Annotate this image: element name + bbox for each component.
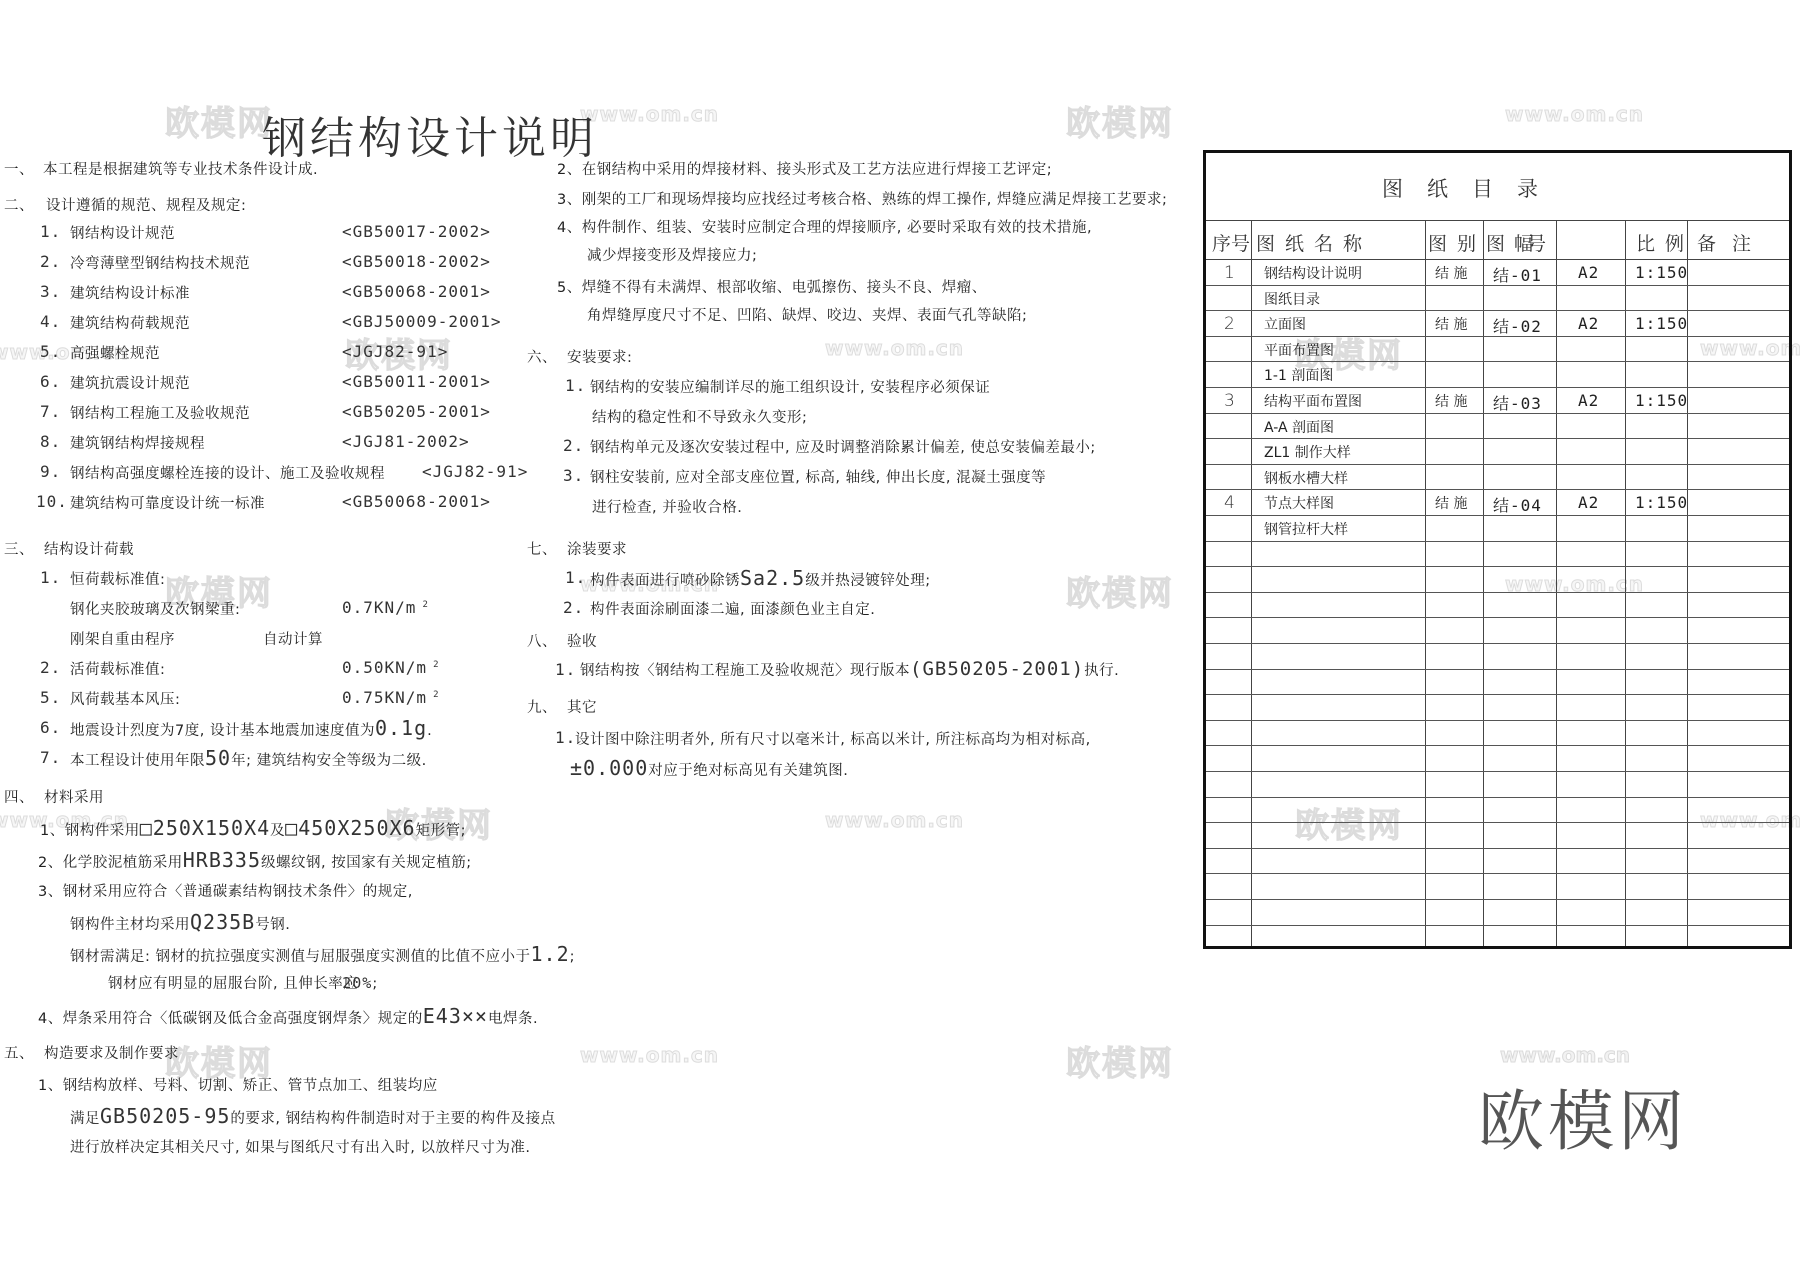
item-number: 2.	[563, 436, 584, 455]
load-value: 0.7KN/m2	[342, 598, 429, 617]
watermark-url: www.om.cn	[580, 102, 719, 126]
table-row	[1206, 874, 1789, 900]
row-number: 1	[1224, 263, 1235, 283]
row-number: 2	[1224, 314, 1235, 334]
section-heading: 其它	[567, 696, 597, 717]
drawing-type: 结 施	[1435, 263, 1467, 283]
item-text: 设计图中除注明者外, 所有尺寸以毫米计, 标高以米计, 所注标高均为相对标高,	[575, 728, 1091, 749]
item-text: 进行放样决定其相关尺寸, 如果与图纸尺寸有出入时, 以放样尺寸为准.	[70, 1136, 531, 1157]
table-row: 钢板水槽大样	[1206, 465, 1789, 491]
item-text: 减少焊接变形及焊接应力;	[587, 244, 757, 265]
section-heading: 涂装要求	[567, 538, 627, 559]
drawing-name: 平面布置图	[1264, 340, 1334, 360]
drawing-scale: 1:150	[1635, 391, 1688, 410]
item-text: ±0.000对应于绝对标高见有关建筑图.	[570, 756, 848, 780]
table-row	[1206, 746, 1789, 772]
item-text: 钢材应有明显的屈服台阶, 且伸长率应20%;	[108, 972, 378, 993]
section-number: 四、	[4, 786, 34, 807]
watermark-url: www.om.cn	[825, 808, 964, 832]
header-remark: 备注	[1697, 229, 1767, 256]
item-number: 5.	[40, 688, 61, 707]
header-scale: 比例	[1636, 229, 1694, 256]
drawing-scale: 1:150	[1635, 493, 1688, 512]
load-value: 0.75KN/m2	[342, 688, 439, 707]
table-row	[1206, 798, 1789, 824]
table-row: 图纸目录	[1206, 286, 1789, 312]
item-number: 6.	[40, 718, 61, 737]
section-number: 七、	[527, 538, 557, 559]
table-row	[1206, 849, 1789, 875]
row-number: 4	[1224, 493, 1235, 513]
row-number: 3	[1224, 391, 1235, 411]
drawing-code: 结-01	[1493, 263, 1542, 286]
item-number: 1.	[40, 568, 61, 587]
table-row	[1206, 823, 1789, 849]
item-text: 满足GB50205-95的要求, 钢结构构件制造时对于主要的构件及接点	[70, 1104, 556, 1128]
section-text: 本工程是根据建筑等专业技术条件设计成.	[43, 158, 318, 179]
item-text: 3、钢材采用应符合〈普通碳素结构钢技术条件〉的规定,	[38, 880, 413, 901]
item-text: 4、焊条采用符合〈低碳钢及低合金高强度钢焊条〉规定的E43××电焊条.	[38, 1004, 538, 1028]
page-title: 钢结构设计说明	[262, 102, 598, 166]
load-value: 0.50KN/m2	[342, 658, 439, 677]
table-row	[1206, 721, 1789, 747]
watermark-url: www.om.cn	[825, 336, 964, 360]
table-title: 图纸目录	[1206, 153, 1789, 221]
drawing-index-table: 图纸目录 序号 图纸名称 图别 图号 幅 比例 备注 1钢结构设计说明结 施结-…	[1203, 150, 1792, 949]
section-number: 五、	[4, 1042, 34, 1063]
drawing-name: 立面图	[1264, 314, 1306, 334]
drawing-name: 钢板水槽大样	[1264, 468, 1348, 488]
item-number: 2.	[40, 658, 61, 677]
table-row: ZL1 制作大样	[1206, 439, 1789, 465]
item-text: 4、构件制作、组装、安装时应制定合理的焊接顺序, 必要时采取有效的技术措施,	[557, 216, 1092, 237]
drawing-type: 结 施	[1435, 493, 1467, 513]
section-number: 一、	[4, 158, 34, 179]
item-text: 构件表面涂刷面漆二遍, 面漆颜色业主自定.	[590, 598, 875, 619]
section-number: 三、	[4, 538, 34, 559]
section-heading: 设计遵循的规范、规程及规定:	[46, 194, 246, 215]
header-name: 图纸名称	[1256, 229, 1372, 256]
item-text: 构件表面进行喷砂除锈Sa2.5级并热浸镀锌处理;	[590, 566, 931, 590]
watermark-logo: 欧模网	[1066, 566, 1174, 615]
item-text: 钢材需满足: 钢材的抗拉强度实测值与屈服强度实测值的比值不应小于1.2;	[70, 942, 575, 966]
section-heading: 安装要求:	[567, 346, 632, 367]
table-row	[1206, 644, 1789, 670]
drawing-code: 结-04	[1493, 493, 1542, 516]
drawing-name: 1-1 剖面图	[1264, 365, 1333, 385]
drawing-type: 结 施	[1435, 314, 1467, 334]
table-row: 3结构平面布置图结 施结-03A21:150	[1206, 388, 1789, 414]
table-row	[1206, 618, 1789, 644]
watermark-url: www.om.cn	[580, 1043, 719, 1067]
drawing-code: 结-02	[1493, 314, 1542, 337]
watermark-url: www.om.cn	[1500, 1043, 1630, 1067]
item-text: 2、化学胶泥植筋采用HRB335级螺纹钢, 按国家有关规定植筋;	[38, 848, 472, 872]
item-value: 自动计算	[263, 628, 323, 649]
item-number: 2.	[563, 598, 584, 617]
drawing-type: 结 施	[1435, 391, 1467, 411]
item-text: 钢结构按〈钢结构工程施工及验收规范〉现行版本(GB50205-2001)执行.	[580, 658, 1119, 680]
watermark-logo: 欧模网	[1066, 1036, 1174, 1085]
sheet-size: A2	[1578, 493, 1599, 512]
section-heading: 验收	[567, 630, 597, 651]
item-text: 结构的稳定性和不导致永久变形;	[592, 406, 807, 427]
table-row: 平面布置图	[1206, 337, 1789, 363]
section-number: 二、	[4, 194, 34, 215]
drawing-name: A-A 剖面图	[1264, 417, 1334, 437]
item-text: 钢结构的安装应编制详尽的施工组织设计, 安装程序必须保证	[590, 376, 990, 397]
item-text: 1、钢构件采用□250X150X4及□450X250X6矩形管;	[40, 816, 466, 840]
header-no: 序号	[1212, 229, 1250, 256]
table-row	[1206, 900, 1789, 926]
watermark-logo: 欧模网	[1066, 96, 1174, 145]
drawing-name: ZL1 制作大样	[1264, 442, 1351, 462]
header-type: 图别	[1428, 229, 1486, 256]
table-header: 序号 图纸名称 图别 图号 幅 比例 备注	[1206, 221, 1789, 260]
item-text: 恒荷载标准值:	[70, 568, 165, 589]
item-text: 地震设计烈度为7度, 设计基本地震加速度值为0.1g.	[70, 716, 432, 740]
section-heading: 材料采用	[44, 786, 104, 807]
table-row: 4节点大样图结 施结-04A21:150	[1206, 490, 1789, 516]
item-number: 1.	[555, 728, 576, 747]
sheet-size: A2	[1578, 314, 1599, 333]
sheet-size: A2	[1578, 391, 1599, 410]
item-number: 1.	[565, 376, 586, 395]
header-size: 幅	[1514, 229, 1533, 256]
table-row	[1206, 926, 1789, 952]
drawing-name: 钢结构设计说明	[1264, 263, 1362, 283]
table-row: 1-1 剖面图	[1206, 362, 1789, 388]
watermark-logo: 欧模网	[165, 96, 273, 145]
table-row	[1206, 695, 1789, 721]
item-text: 钢构件主材均采用Q235B号钢.	[70, 910, 290, 934]
drawing-code: 结-03	[1493, 391, 1542, 414]
table-row: A-A 剖面图	[1206, 414, 1789, 440]
item-text: 5、焊缝不得有未满焊、根部收缩、电弧擦伤、接头不良、焊瘤、	[557, 276, 987, 297]
watermark-url: www.om.cn	[1505, 102, 1644, 126]
section-number: 六、	[527, 346, 557, 367]
item-text: 活荷载标准值:	[70, 658, 165, 679]
drawing-name: 钢管拉杆大样	[1264, 519, 1348, 539]
table-row: 1钢结构设计说明结 施结-01A21:150	[1206, 260, 1789, 286]
table-row	[1206, 670, 1789, 696]
section-number: 八、	[527, 630, 557, 651]
table-row	[1206, 593, 1789, 619]
table-row	[1206, 542, 1789, 568]
item-text: 风荷载基本风压:	[70, 688, 180, 709]
section-heading: 构造要求及制作要求	[44, 1042, 179, 1063]
item-number: 1.	[565, 568, 586, 587]
item-number: 7.	[40, 748, 61, 767]
item-text: 钢化夹胶玻璃及次钢梁重:	[70, 598, 240, 619]
drawing-name: 节点大样图	[1264, 493, 1334, 513]
table-row	[1206, 567, 1789, 593]
table-body: 1钢结构设计说明结 施结-01A21:150图纸目录2立面图结 施结-02A21…	[1206, 260, 1789, 946]
section-heading: 结构设计荷载	[44, 538, 134, 559]
item-text: 角焊缝厚度尺寸不足、凹陷、缺焊、咬边、夹焊、表面气孔等缺陷;	[587, 304, 1027, 325]
table-row: 钢管拉杆大样	[1206, 516, 1789, 542]
drawing-scale: 1:150	[1635, 263, 1688, 282]
item-text: 2、在钢结构中采用的焊接材料、接头形式及工艺方法应进行焊接工艺评定;	[557, 158, 1052, 179]
item-text: 钢柱安装前, 应对全部支座位置, 标高, 轴线, 伸出长度, 混凝土强度等	[590, 466, 1046, 487]
table-row	[1206, 772, 1789, 798]
item-text: 本工程设计使用年限50年; 建筑结构安全等级为二级.	[70, 746, 427, 770]
drawing-name: 结构平面布置图	[1264, 391, 1362, 411]
drawing-name: 图纸目录	[1264, 289, 1320, 309]
item-text: 刚架自重由程序	[70, 628, 175, 649]
item-text: 进行检查, 并验收合格.	[592, 496, 742, 517]
item-text: 1、钢结构放样、号料、切割、矫正、管节点加工、组装均应	[38, 1074, 438, 1095]
item-text: 钢结构单元及逐次安装过程中, 应及时调整消除累计偏差, 使总安装偏差最小;	[590, 436, 1096, 457]
drawing-scale: 1:150	[1635, 314, 1688, 333]
item-number: 1.	[555, 660, 576, 679]
item-text: 3、刚架的工厂和现场焊接均应找经过考核合格、熟练的焊工操作, 焊缝应满足焊接工艺…	[557, 188, 1167, 209]
sheet-size: A2	[1578, 263, 1599, 282]
item-number: 3.	[563, 466, 584, 485]
table-row: 2立面图结 施结-02A21:150	[1206, 311, 1789, 337]
section-number: 九、	[527, 696, 557, 717]
brand-logo: 欧模网	[1478, 1068, 1688, 1163]
